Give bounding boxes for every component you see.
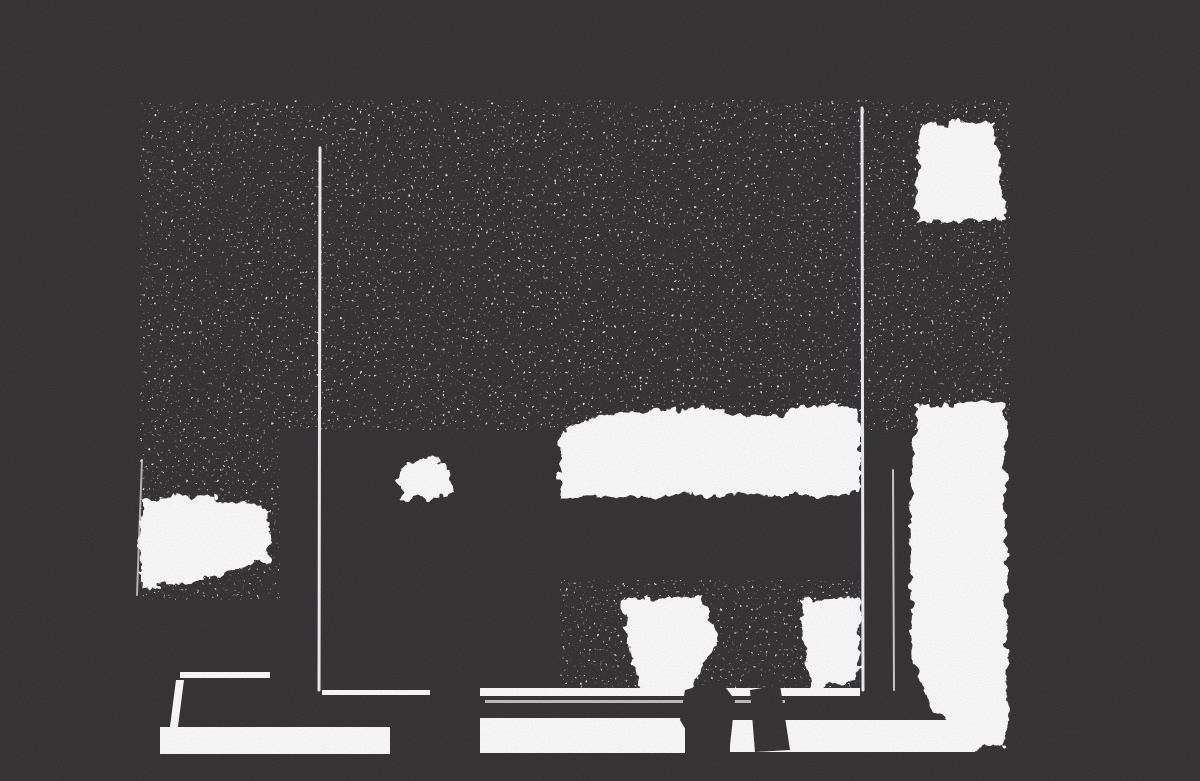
photo-canvas	[0, 0, 1200, 781]
film-grain	[0, 0, 1200, 781]
window-photograph	[0, 0, 1200, 781]
